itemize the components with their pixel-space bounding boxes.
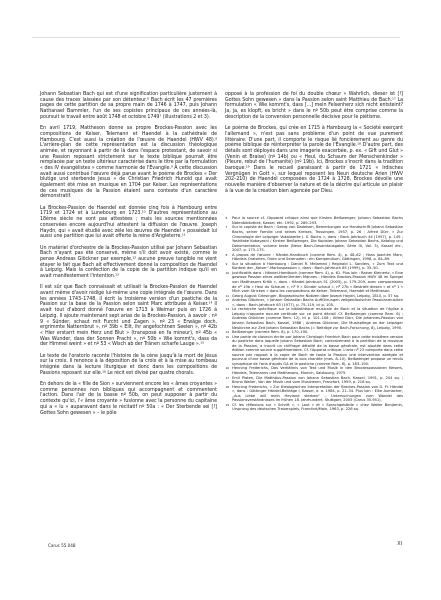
document-page: Johann Sebastian Bach qui est d'une sign…	[0, 0, 441, 600]
footnote-number: 9	[226, 262, 228, 267]
footnote: 18 Henning Frederichs, « Zur theologisch…	[225, 385, 403, 403]
body-paragraph: En avril 1719, Mattheson donne sa propre…	[40, 126, 217, 200]
footnote-text: Sur le copiste de Bach : Georg von Dadel…	[232, 225, 403, 252]
left-column: Johann Sebastian Bach qui est d'une sign…	[40, 92, 217, 416]
footnote: 12 Andreas Glöckner, « Johann Sebastian …	[225, 298, 403, 307]
footnote-text: Andreas Glöckner, « Johann Sebastian Bac…	[232, 298, 403, 307]
footnote: 16 Henning Frederichs, Das Verhältnis vo…	[225, 366, 403, 375]
footnote-number: 17	[226, 376, 230, 381]
footnote-text: Une partie de clavecin écrite par Johann…	[232, 335, 403, 366]
body-paragraph: opposé à la profession de foi du double …	[225, 92, 403, 120]
footnote-text: Justificatifs dans : Händel-Handbuch (co…	[232, 271, 403, 293]
footnote-text: À propos de l'œuvre : Händel-Handbuch (c…	[232, 253, 403, 262]
footnote-number: 6	[226, 216, 228, 221]
footnote-number: 12	[226, 298, 230, 303]
body-paragraph: Le texte de l'oratorio raconte l'histoir…	[40, 354, 217, 377]
catalog-number: Carus 55.048	[48, 543, 75, 548]
footnote-number: 7	[226, 225, 228, 230]
footnote: 6 Pour la source cf. l'Apparat critique …	[225, 216, 403, 225]
body-paragraph: En dehors de la « fille de Sion » survie…	[40, 382, 217, 416]
footnote-number: 19	[226, 403, 230, 408]
footnote-text: Sur la situation à Hambourg : Daniel R. …	[232, 262, 403, 271]
footnote-text: Georg August Griesinger, Biographische N…	[232, 294, 399, 298]
footnote-text: Henning Frederichs, « Zur theologischen …	[232, 385, 403, 403]
footnote-number: 15	[226, 335, 230, 340]
page-number: XI	[370, 542, 402, 547]
footnote-number: 16	[226, 366, 230, 371]
footnote-text: Henning Frederichs, Das Verhältnis von T…	[232, 366, 403, 375]
footnote-text: Emil Platen, Die Matthäus-Passion von Jo…	[232, 376, 403, 385]
text-columns: Johann Sebastian Bach qui est d'une sign…	[40, 92, 403, 416]
body-paragraph: La Brockes-Passion de Haendel est donnée…	[40, 206, 217, 240]
footnote: 7 Sur le copiste de Bach : Georg von Dad…	[225, 225, 403, 252]
footnote: 17 Emil Platen, Die Matthäus-Passion von…	[225, 376, 403, 385]
footnote: 8 À propos de l'œuvre : Händel-Handbuch …	[225, 253, 403, 262]
footnotes-block: 6 Pour la source cf. l'Apparat critique …	[225, 216, 403, 412]
footnote: 10 Justificatifs dans : Händel-Handbuch …	[225, 271, 403, 294]
footnote-number: 13	[226, 307, 230, 312]
footnote-text: Cf. les réflexions sur « Schrift », « La…	[232, 403, 403, 412]
body-paragraph: Le poème de Brockes, qui crée en 1715 à …	[225, 126, 403, 194]
footnote: 19 Cf. les réflexions sur « Schrift », «…	[225, 403, 403, 412]
right-column: opposé à la profession de foi du double …	[225, 92, 403, 416]
footnote-text: Pour la source cf. l'Apparat critique ai…	[232, 216, 403, 225]
footnote: 9 Sur la situation à Hambourg : Daniel R…	[225, 262, 403, 271]
footnote-text: Beißwenger (comme Rem. 6), p. 170–190.	[232, 330, 308, 334]
header-rule	[32, 37, 400, 38]
footnote-number: 18	[226, 385, 230, 390]
footnote-number: 10	[226, 271, 230, 276]
footnote: 15 Une partie de clavecin écrite par Joh…	[225, 335, 403, 367]
body-paragraph: Il est sûr que Bach connaissait et utili…	[40, 285, 217, 348]
body-paragraph: Johann Sebastian Bach qui est d'une sign…	[40, 92, 217, 120]
footnote: 13 La recherche spécifique sur la biblio…	[225, 307, 403, 330]
footnote-number: 8	[226, 253, 228, 258]
footnote-text: La recherche spécifique sur la bibliothè…	[232, 307, 403, 329]
body-paragraph: Un matériel d'orchestre de la Brockes-Pa…	[40, 246, 217, 280]
